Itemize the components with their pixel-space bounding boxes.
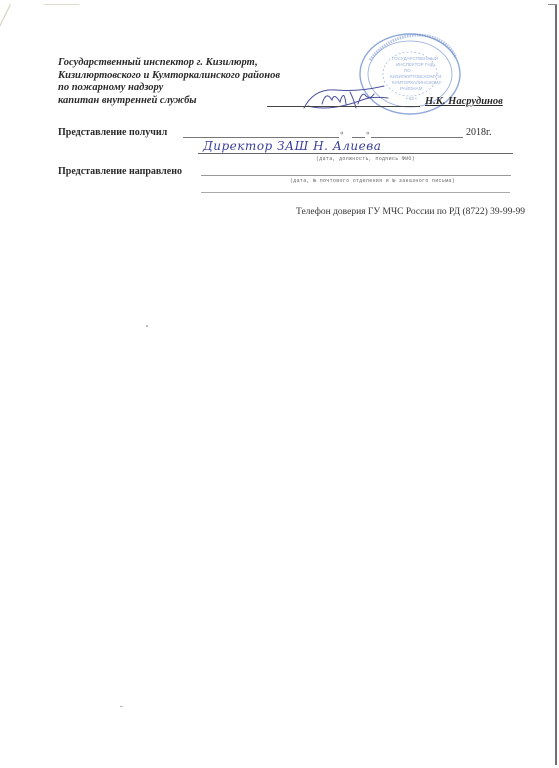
sent-label: Представление направлено	[58, 166, 182, 177]
day-fill-line	[352, 137, 365, 138]
inspector-line: капитан внутренней службы	[58, 95, 280, 108]
scan-artifact	[44, 4, 79, 5]
inspector-title-block: Государственный инспектор г. Кизилюрт, К…	[58, 57, 280, 107]
signature-line	[267, 106, 420, 107]
received-signature-line	[198, 153, 513, 154]
sent-fill-line-2	[201, 192, 510, 193]
document-page: Государственный инспектор г. Кизилюрт, К…	[0, 0, 559, 768]
svg-text:ГОСУДАРСТВЕННЫЙ: ГОСУДАРСТВЕННЫЙ	[392, 54, 438, 61]
page-edge-border	[555, 5, 557, 765]
svg-text:КУМТОРКАЛИНСКОМУ: КУМТОРКАЛИНСКОМУ	[392, 80, 442, 85]
svg-text:КИЗИЛЮРТОВСКОМУ И: КИЗИЛЮРТОВСКОМУ И	[390, 74, 441, 79]
inspector-line: по пожарному надзору	[58, 82, 280, 95]
inspector-name: Н.К. Насрудинов	[425, 96, 503, 107]
svg-text:• 53 •: • 53 •	[406, 96, 417, 101]
inspector-signature-icon	[300, 82, 390, 114]
inspector-line: Кизилюртовского и Кумторкалинского район…	[58, 70, 280, 83]
received-handwritten-entry: Директор ЗАШ Н. Алиева	[203, 139, 381, 153]
scan-artifact	[146, 325, 148, 327]
sent-hint: (дата, № почтового отделения и № заказно…	[290, 178, 455, 184]
quote-close: »	[366, 129, 370, 137]
received-label: Представление получил	[58, 127, 167, 138]
received-fill-line	[183, 137, 339, 138]
svg-text:ПО: ПО	[404, 68, 411, 73]
page-edge-border	[548, 4, 557, 5]
hotline-text: Телефон доверия ГУ МЧС России по РД (872…	[296, 207, 525, 217]
inspector-line: Государственный инспектор г. Кизилюрт,	[58, 57, 280, 70]
scan-artifact	[0, 4, 11, 57]
svg-text:ИНСПЕКТОР ГНД: ИНСПЕКТОР ГНД	[396, 62, 434, 67]
scan-artifact	[120, 706, 123, 707]
received-year: 2018г.	[466, 127, 491, 138]
month-fill-line	[371, 137, 463, 138]
received-hint: (дата, должность, подпись ФИО)	[316, 156, 415, 162]
sent-fill-line	[201, 175, 511, 176]
quote-open: «	[340, 129, 344, 137]
svg-text:РАЙОНАМ: РАЙОНАМ	[400, 84, 423, 91]
